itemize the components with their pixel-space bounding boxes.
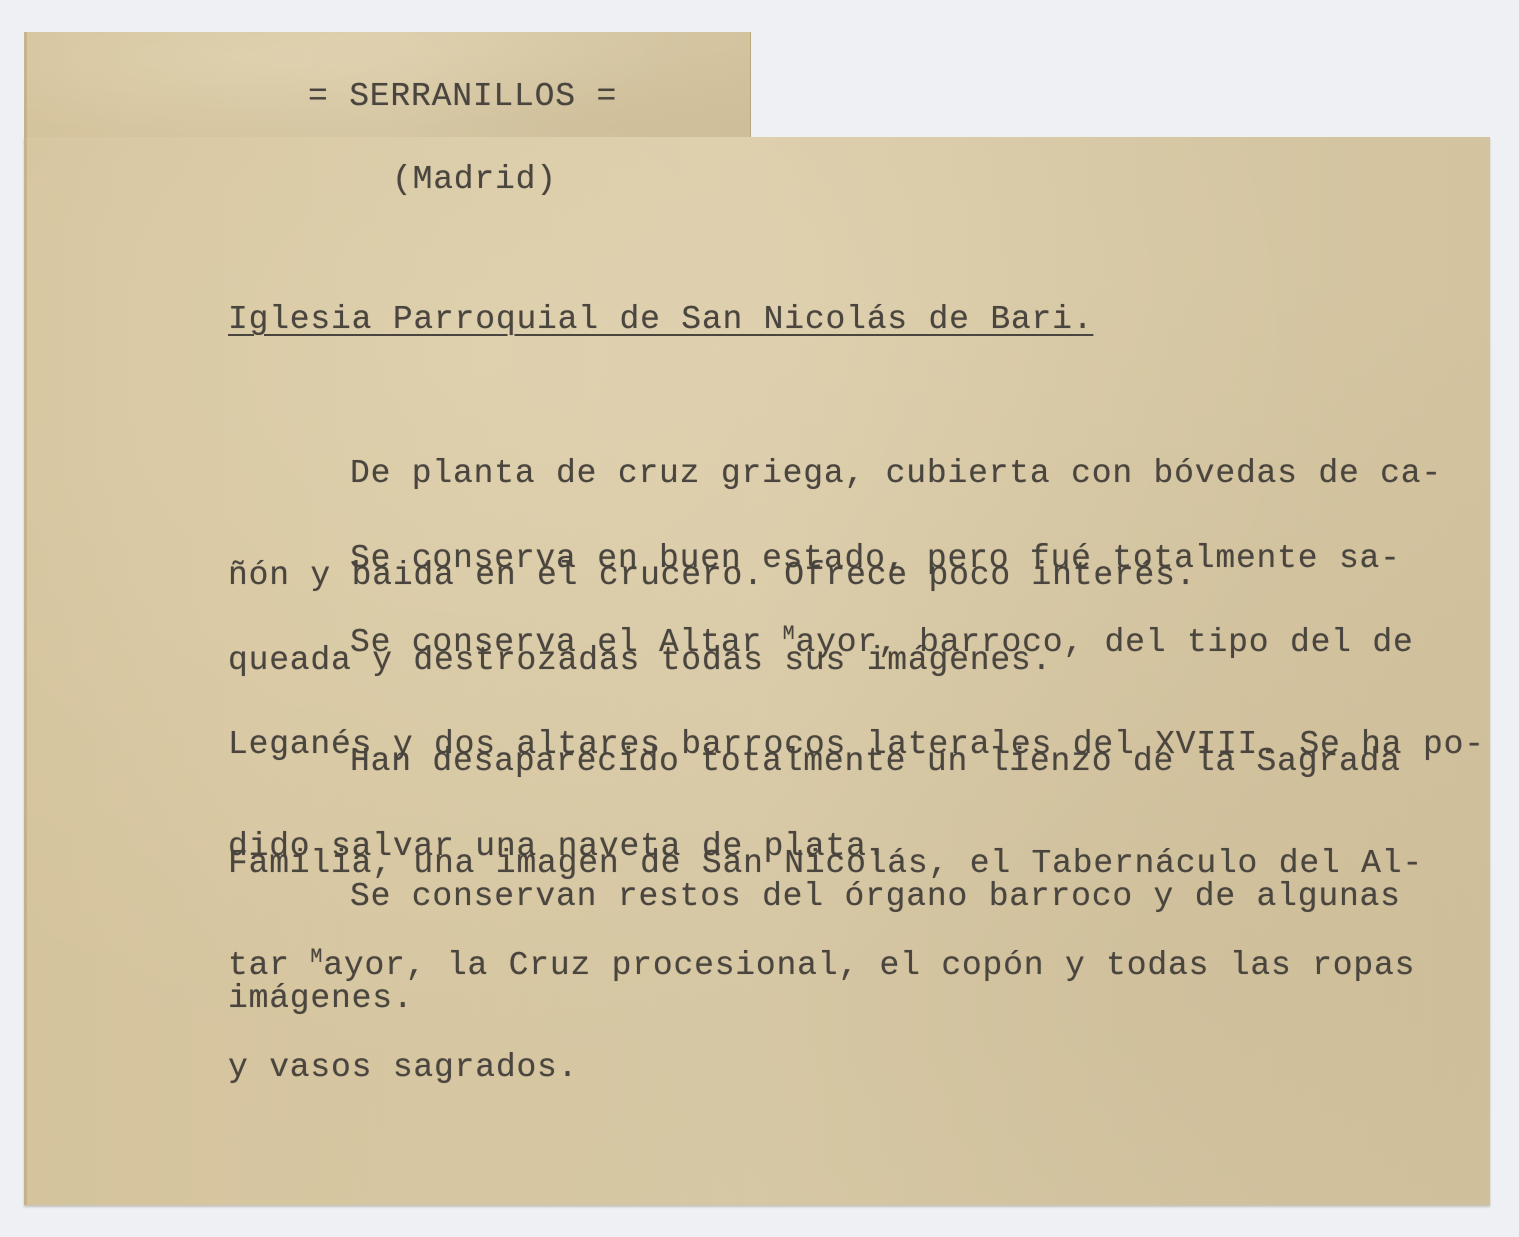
paragraph-line: Se conserva el Altar Mayor, barroco, del… [228, 626, 1485, 660]
paragraph-5: Se conservan restos del órgano barroco y… [228, 812, 1401, 1050]
document-heading: Iglesia Parroquial de San Nicolás de Bar… [228, 303, 1093, 337]
paper-edge [24, 32, 27, 1205]
paragraph-line: Se conservan restos del órgano barroco y… [228, 880, 1401, 914]
raised-letter: M [783, 623, 796, 646]
paragraph-line: y vasos sagrados. [228, 1051, 1423, 1085]
town-header: = SERRANILLOS = [308, 80, 617, 114]
province-label: (Madrid) [392, 163, 557, 197]
paragraph-line: imágenes. [228, 982, 1401, 1016]
line-text: ayor, barroco, del tipo del de [795, 624, 1413, 661]
paragraph-line: Han desaparecido totalmente un lienzo de… [228, 745, 1423, 779]
line-text: Se conserva el Altar [350, 624, 783, 661]
